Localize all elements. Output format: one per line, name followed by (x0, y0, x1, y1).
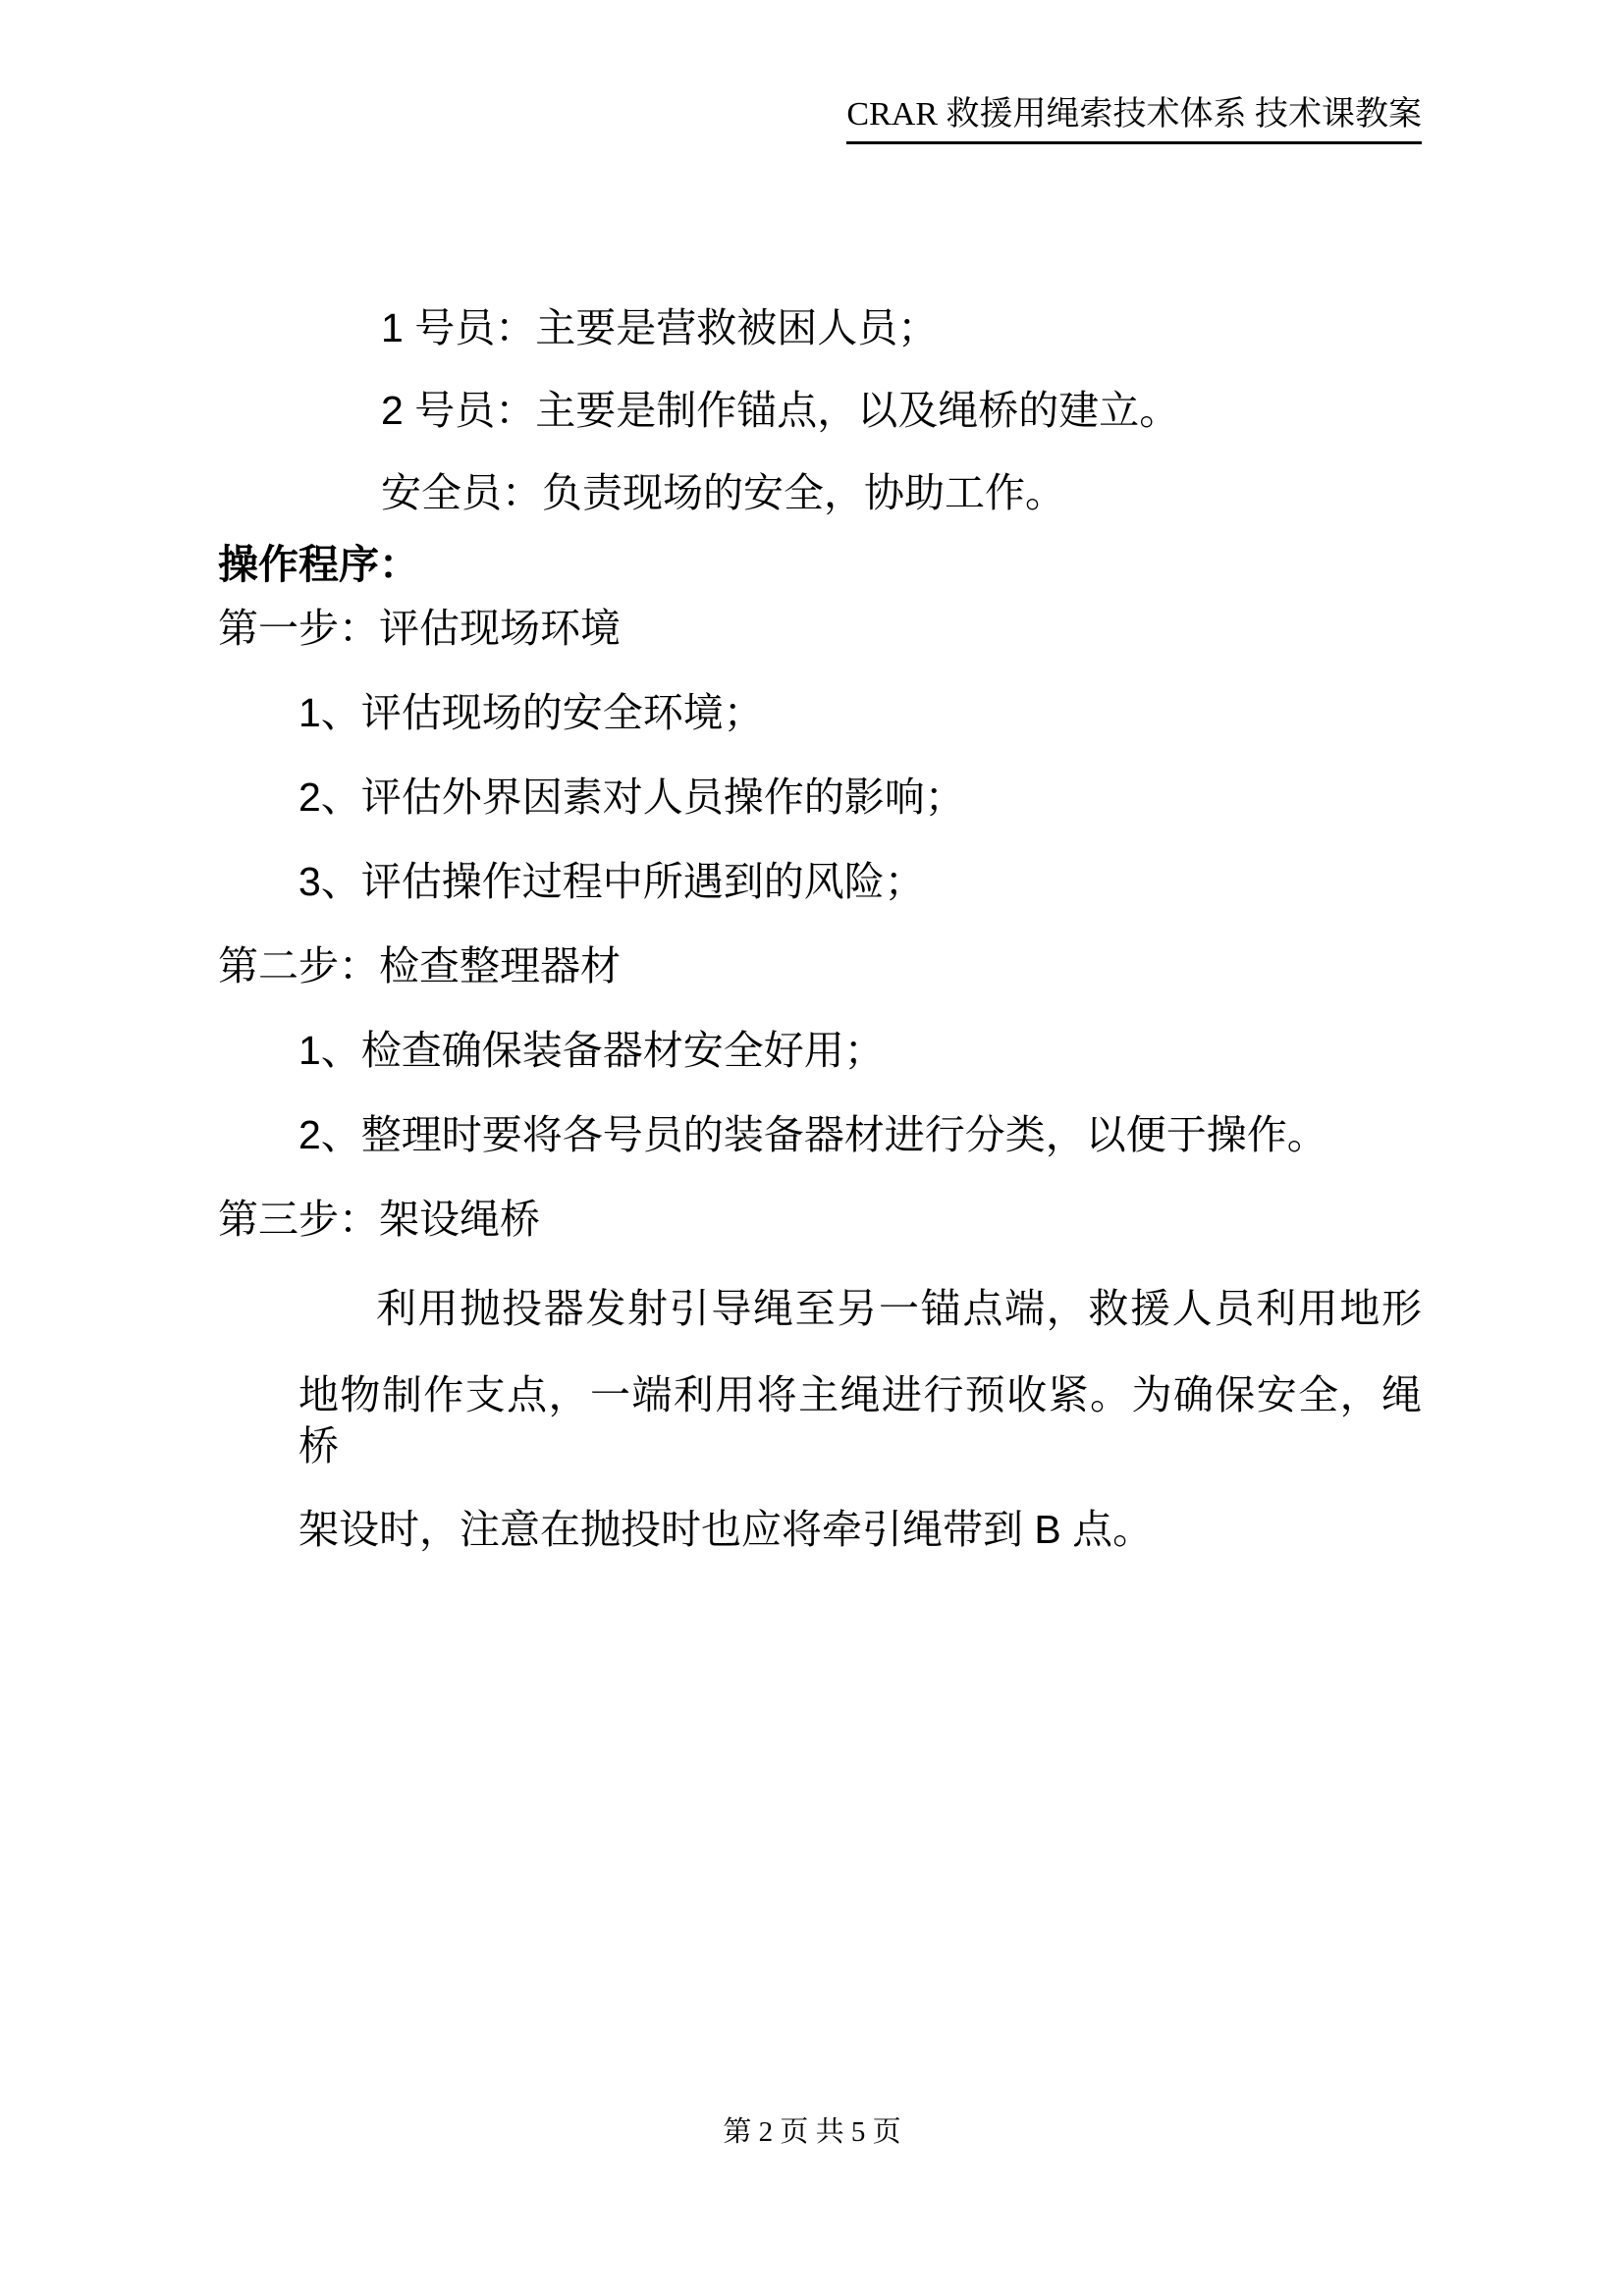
role-line-1: 1 号员：主要是营救被困人员； (218, 302, 1422, 353)
step-1-item-1: 1、评估现场的安全环境； (218, 687, 1422, 738)
document-body: 1 号员：主要是营救被困人员； 2 号员：主要是制作锚点，以及绳桥的建立。 安全… (218, 302, 1422, 1555)
page-header: CRAR 救援用绳索技术体系 技术课教案 (0, 94, 1422, 144)
step-1-item-2: 2、评估外界因素对人员操作的影响； (218, 772, 1422, 823)
paragraph-line-2: 地物制作支点，一端利用将主绳进行预收紧。为确保安全，绳桥 (218, 1369, 1422, 1471)
step-1-heading: 第一步：评估现场环境 (218, 603, 1422, 654)
page-footer: 第 2 页 共 5 页 (0, 2112, 1624, 2152)
step-2-heading: 第二步：检查整理器材 (218, 940, 1422, 991)
header-title: CRAR 救援用绳索技术体系 技术课教案 (846, 94, 1422, 144)
paragraph-line-1: 利用抛投器发射引导绳至另一锚点端，救援人员利用地形 (218, 1283, 1422, 1334)
document-page: CRAR 救援用绳索技术体系 技术课教案 1 号员：主要是营救被困人员； 2 号… (0, 0, 1624, 2296)
procedure-heading: 操作程序： (218, 539, 1422, 590)
role-line-safety: 安全员：负责现场的安全，协助工作。 (218, 467, 1422, 518)
footer-page-number: 第 2 页 共 5 页 (723, 2116, 900, 2148)
step-2-item-1: 1、检查确保装备器材安全好用； (218, 1025, 1422, 1076)
step-3-heading: 第三步：架设绳桥 (218, 1194, 1422, 1245)
role-line-2: 2 号员：主要是制作锚点，以及绳桥的建立。 (218, 385, 1422, 436)
step-1-item-3: 3、评估操作过程中所遇到的风险； (218, 856, 1422, 907)
paragraph-line-3: 架设时，注意在抛投时也应将牵引绳带到 B 点。 (218, 1504, 1422, 1555)
step-2-item-2: 2、整理时要将各号员的装备器材进行分类，以便于操作。 (218, 1109, 1422, 1160)
